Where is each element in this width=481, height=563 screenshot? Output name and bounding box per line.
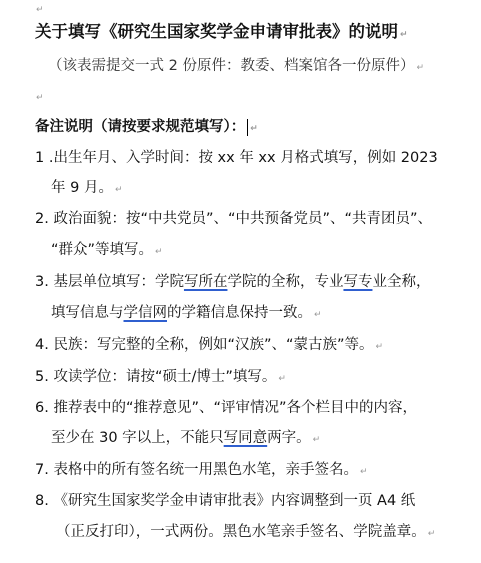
- note-item-1-cont: 年 9 月。↵: [51, 178, 123, 200]
- spellcheck-underline: 写同意: [224, 430, 268, 446]
- note-item-8: 8. 《研究生国家奖学金申请审批表》内容调整到一页 A4 纸: [35, 491, 415, 511]
- spellcheck-underline: 写所在: [184, 274, 228, 290]
- note-item-6-cont: 至少在 30 字以上，不能只写同意两字。↵: [51, 428, 320, 450]
- note-item-5: 5. 攻读学位：请按“硕士/博士”填写。↵: [35, 367, 286, 389]
- spellcheck-underline: 写专: [343, 274, 372, 290]
- note-item-2: 2. 政治面貌：按“中共党员”、“中共预备党员”、“共青团员”、: [35, 209, 432, 229]
- notes-heading: 备注说明（请按要求规范填写）：↵: [35, 117, 258, 139]
- document-subtitle: （该表需提交一式 2 份原件：教委、档案馆各一份原件）↵: [48, 56, 424, 78]
- note-item-1: 1 .出生年月、入学时间：按 xx 年 xx 月格式填写，例如 2023: [35, 148, 438, 168]
- document-title: 关于填写《研究生国家奖学金申请审批表》的说明↵: [35, 22, 408, 45]
- paragraph-mark: ↵: [36, 93, 44, 103]
- text-cursor: [247, 119, 248, 136]
- note-item-7: 7. 表格中的所有签名统一用黑色水笔，亲手签名。↵: [35, 460, 368, 482]
- note-item-6: 6. 推荐表中的“推荐意见”、“评审情况”各个栏目中的内容，: [35, 398, 417, 418]
- note-item-3-cont: 填写信息与学信网的学籍信息保持一致。↵: [51, 303, 322, 325]
- spellcheck-underline: 学信网: [124, 305, 168, 321]
- note-item-3: 3. 基层单位填写：学院写所在学院的全称，专业写专业全称，: [35, 272, 430, 292]
- note-item-8-cont: （正反打印），一式两份。黑色水笔亲手签名、学院盖章。↵: [56, 522, 435, 544]
- note-item-2-cont: “群众”等填写。↵: [51, 240, 163, 262]
- paragraph-mark: ↵: [36, 5, 44, 15]
- note-item-4: 4. 民族：写完整的全称，例如“汉族”、“蒙古族”等。↵: [35, 335, 383, 357]
